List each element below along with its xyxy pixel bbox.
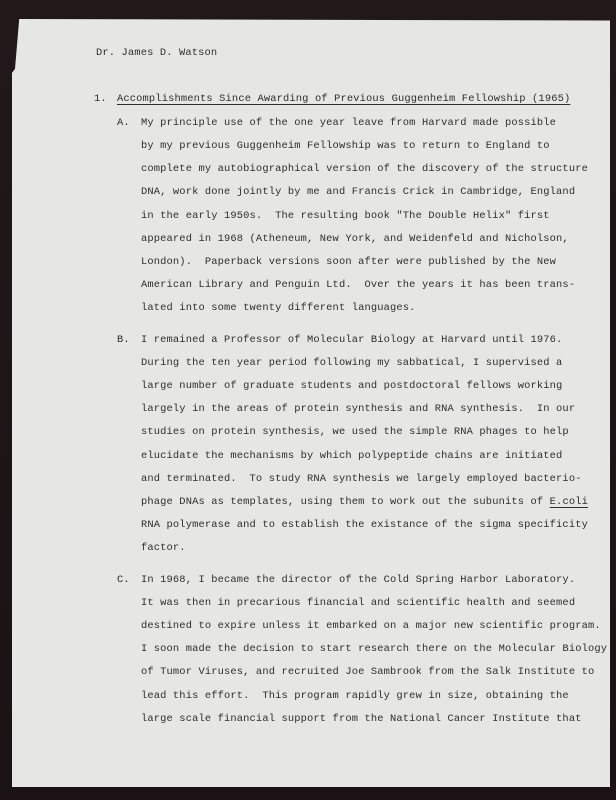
ecoli-term: E.coli xyxy=(550,496,588,508)
item-c-line: lead this effort. This program rapidly g… xyxy=(141,690,569,702)
item-c-line: large scale financial support from the N… xyxy=(141,713,582,725)
author-name: Dr. James D. Watson xyxy=(96,47,217,59)
item-a-line: London). Paperback versions soon after w… xyxy=(141,256,556,268)
item-a-line: complete my autobiographical version of … xyxy=(141,163,588,175)
item-label-c: C. xyxy=(117,574,130,586)
item-b-line: studies on protein synthesis, we used th… xyxy=(141,426,569,438)
item-c-line: I soon made the decision to start resear… xyxy=(141,643,607,655)
section-title: Accomplishments Since Awarding of Previo… xyxy=(117,93,570,105)
item-label-b: B. xyxy=(117,334,130,346)
item-b-line: large number of graduate students and po… xyxy=(141,380,562,392)
item-a-line: by my previous Guggenheim Fellowship was… xyxy=(141,140,550,152)
item-label-a: A. xyxy=(117,117,130,129)
item-b-line: phage DNAs as templates, using them to w… xyxy=(141,496,588,508)
item-b-line: and terminated. To study RNA synthesis w… xyxy=(141,473,582,485)
item-b-line: largely in the areas of protein synthesi… xyxy=(141,403,575,415)
item-a-line: American Library and Penguin Ltd. Over t… xyxy=(141,279,575,291)
item-a-line: DNA, work done jointly by me and Francis… xyxy=(141,186,575,198)
item-c-line: It was then in precarious financial and … xyxy=(141,597,575,609)
item-b-line: I remained a Professor of Molecular Biol… xyxy=(141,334,562,346)
item-a-line: My principle use of the one year leave f… xyxy=(141,117,556,129)
item-b-line: RNA polymerase and to establish the exis… xyxy=(141,519,588,531)
item-a-line: lated into some twenty different languag… xyxy=(141,302,416,314)
item-a-line: appeared in 1968 (Atheneum, New York, an… xyxy=(141,233,569,245)
item-b-line: elucidate the mechanisms by which polype… xyxy=(141,450,562,462)
item-b-line: factor. xyxy=(141,542,186,554)
item-b-line: During the ten year period following my … xyxy=(141,357,562,369)
item-c-line: of Tumor Viruses, and recruited Joe Samb… xyxy=(141,666,594,678)
item-c-line: In 1968, I became the director of the Co… xyxy=(141,574,575,586)
item-a-line: in the early 1950s. The resulting book "… xyxy=(141,210,550,222)
section-number: 1. xyxy=(94,93,107,105)
item-b-line-text: phage DNAs as templates, using them to w… xyxy=(141,496,550,508)
item-c-line: destined to expire unless it embarked on… xyxy=(141,620,601,632)
